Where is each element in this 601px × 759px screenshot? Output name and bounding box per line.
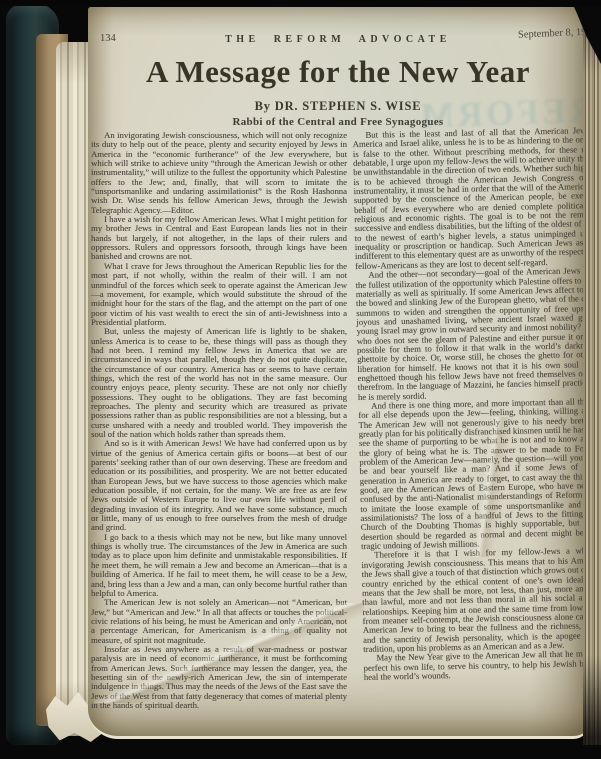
paragraph: An invigorating Jewish consciousness, wh… — [91, 131, 347, 215]
left-column: An invigorating Jewish consciousness, wh… — [91, 131, 347, 710]
paragraph: I go back to a thesis which may not be n… — [91, 533, 347, 598]
paragraph: The American Jew is not solely an Americ… — [91, 598, 347, 645]
paragraph: Therefore it is that I wish for my fello… — [361, 546, 588, 654]
paragraph: And there is one thing more, and more im… — [358, 397, 588, 552]
right-column: But this is the least and last of all th… — [352, 126, 588, 711]
paragraph: Insofar as Jews anywhere as a result of … — [91, 645, 347, 710]
article-body: An invigorating Jewish consciousness, wh… — [91, 131, 588, 710]
paragraph: I have a wish for my fellow American Jew… — [91, 215, 347, 262]
paragraph: And the other—not secondary—goal of the … — [355, 266, 588, 402]
article-title: A Message for the New Year — [88, 54, 588, 90]
paragraph: And so is it with American Jews! We have… — [91, 439, 347, 532]
paragraph: What I crave for Jews throughout the Ame… — [91, 262, 347, 327]
top-scan-border — [0, 0, 601, 6]
paragraph: May the New Year give to the American Je… — [363, 649, 588, 682]
running-head-journal-title: THE REFORM ADVOCATE — [88, 34, 588, 45]
article-byline: By DR. STEPHEN S. WISE — [88, 99, 588, 114]
paragraph: But this is the least and last of all th… — [352, 126, 588, 271]
paragraph: But, unless the majesty of American life… — [91, 327, 347, 439]
magazine-page: The REFORM 134 THE REFORM ADVOCATE Septe… — [88, 7, 588, 739]
right-page-fore-edge — [583, 0, 601, 745]
